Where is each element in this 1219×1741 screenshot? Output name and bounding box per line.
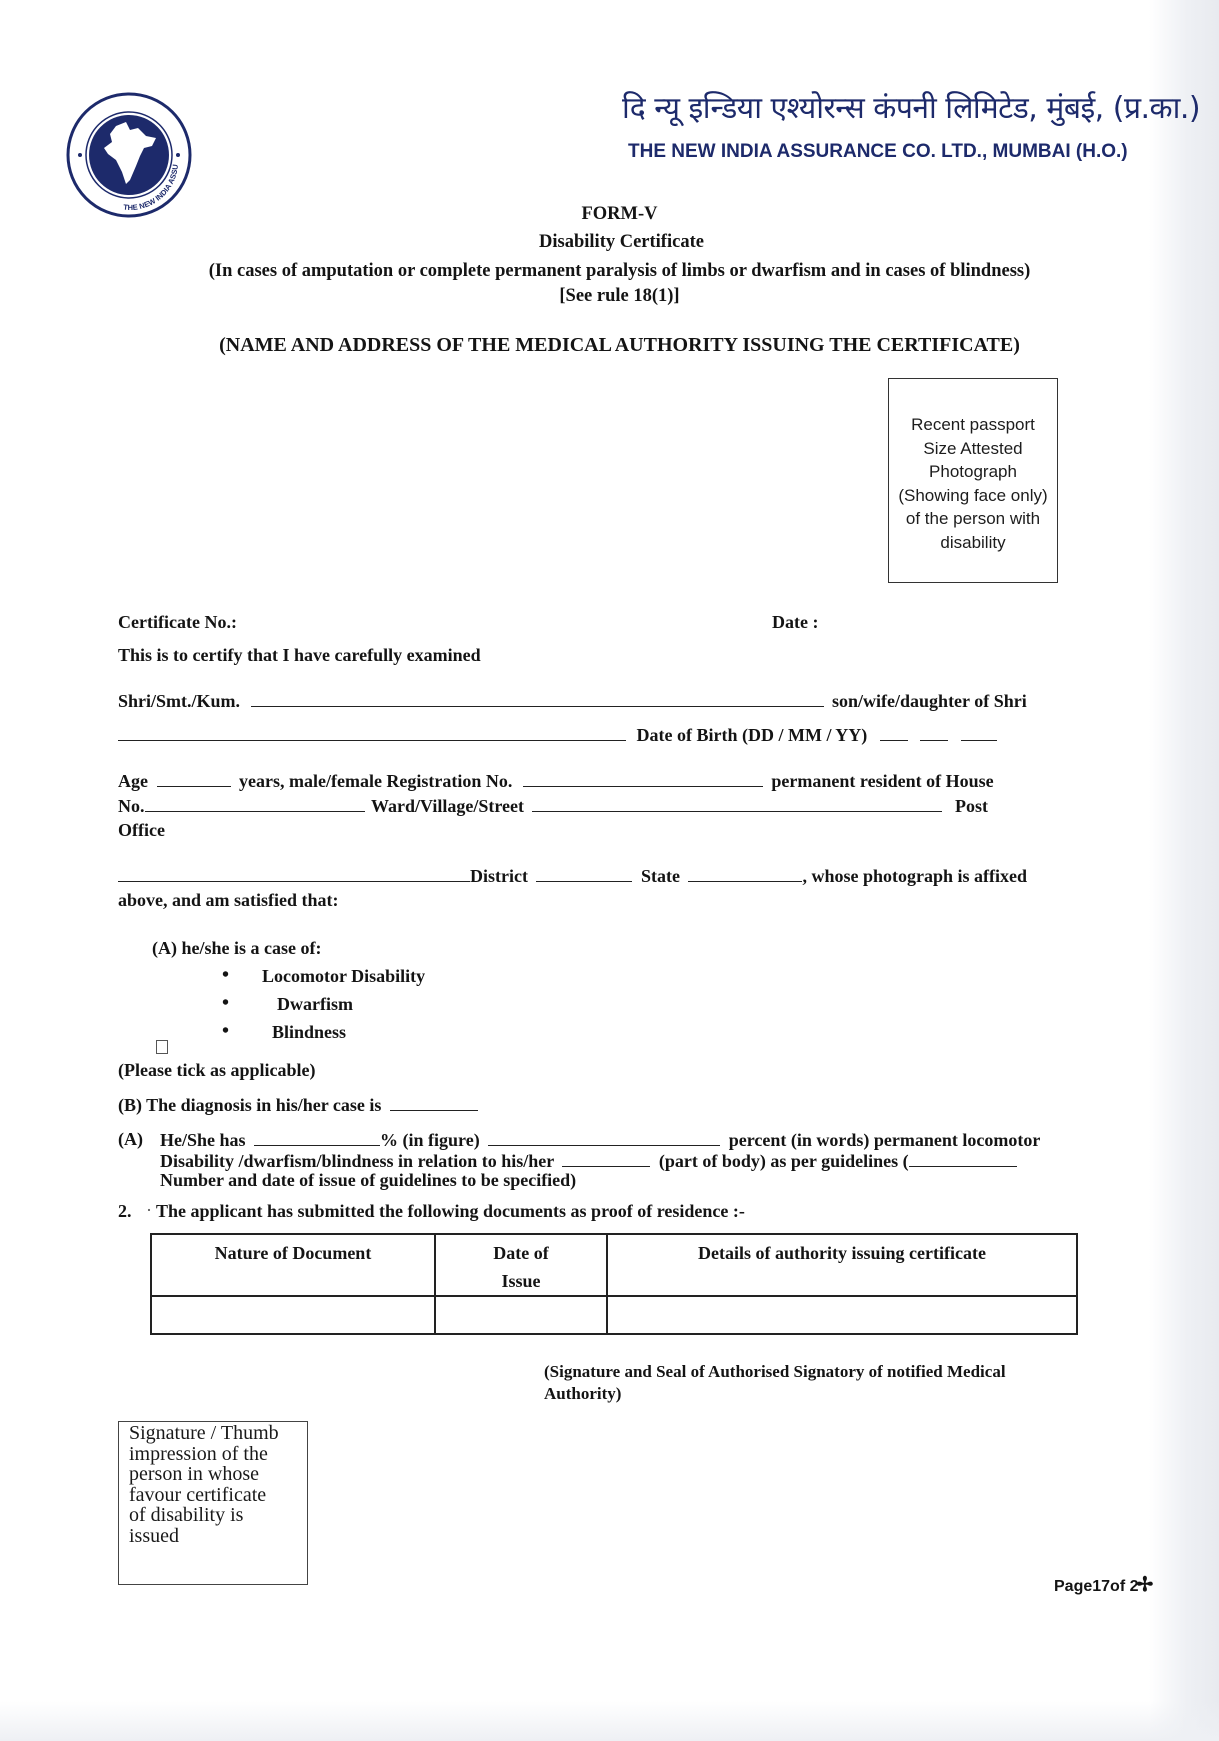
authority-signature-line2: Authority) (544, 1384, 621, 1404)
new-india-assurance-seal-icon: THE NEW INDIA ASSURANCE CO. LTD. (66, 92, 192, 218)
he-she-has-label: He/She has (160, 1130, 246, 1150)
body-part-field[interactable] (562, 1150, 650, 1167)
percent-a-prefix: (A) (118, 1129, 143, 1150)
post-label: Post (955, 796, 988, 816)
thumb-box-line: Signature / Thumb (129, 1423, 307, 1444)
bullet-icon: • (222, 964, 229, 987)
scan-bottom-shading (0, 1701, 1219, 1741)
percent-figure-label: % (in figure) (380, 1130, 480, 1150)
age-field[interactable] (157, 770, 231, 787)
dob-year-field[interactable] (961, 724, 997, 741)
page-number: Page17of 2✢ (1054, 1572, 1153, 1597)
thumb-box-line: impression of the (129, 1444, 307, 1465)
age-label: Age (118, 771, 148, 791)
authority-signature-line1: (Signature and Seal of Authorised Signat… (544, 1362, 1006, 1382)
company-name-hindi: दि न्यू इन्डिया एश्योरन्स कंपनी लिमिटेड,… (622, 86, 1200, 127)
photo-placeholder-box[interactable]: Recent passport Size Attested Photograph… (888, 378, 1058, 583)
resident-label: permanent resident of House (771, 771, 993, 791)
percent-figure-field[interactable] (254, 1129, 380, 1146)
registration-no-field[interactable] (523, 770, 763, 787)
state-label: State (641, 866, 680, 886)
name-prefix-label: Shri/Smt./Kum. (118, 691, 240, 711)
tick-note: (Please tick as applicable) (118, 1060, 315, 1081)
photo-box-line: Size Attested (889, 437, 1057, 461)
district-label: District (470, 866, 528, 886)
column-header-date-of-issue: Date of Issue (435, 1234, 607, 1296)
house-no-field[interactable] (145, 795, 365, 812)
handwritten-mark-icon: ✢ (1136, 1574, 1153, 1596)
option-locomotor-disability[interactable]: Locomotor Disability (262, 966, 425, 987)
guidelines-field[interactable] (909, 1150, 1017, 1167)
name-field[interactable] (251, 690, 824, 707)
relation-label: son/wife/daughter of Shri (832, 691, 1027, 711)
relation-part-label: Disability /dwarfism/blindness in relati… (160, 1151, 554, 1171)
thumb-impression-box[interactable]: Signature / Thumb impression of the pers… (118, 1421, 308, 1585)
photo-box-line: disability (889, 531, 1057, 555)
date-label: Date : (772, 612, 818, 632)
option-blindness[interactable]: Blindness (272, 1022, 346, 1043)
column-header-line: Date of (436, 1239, 606, 1267)
residence-text: The applicant has submitted the followin… (156, 1201, 745, 1222)
thumb-box-line: of disability is (129, 1505, 307, 1526)
company-name-english: THE NEW INDIA ASSURANCE CO. LTD., MUMBAI… (628, 141, 1128, 163)
form-number: FORM-V (10, 204, 1219, 225)
dob-label: Date of Birth (DD / MM / YY) (637, 725, 868, 745)
form-subtitle: (In cases of amputation or complete perm… (10, 261, 1219, 282)
residence-number: 2. (118, 1201, 132, 1222)
dob-day-field[interactable] (880, 724, 908, 741)
medical-authority-heading: (NAME AND ADDRESS OF THE MEDICAL AUTHORI… (10, 334, 1219, 357)
cell-date-of-issue[interactable] (435, 1296, 607, 1334)
parent-name-field[interactable] (118, 724, 626, 741)
guidelines-note: Number and date of issue of guidelines t… (160, 1170, 576, 1191)
state-field[interactable] (688, 865, 802, 882)
residence-documents-table: Nature of Document Date of Issue Details… (150, 1233, 1078, 1335)
house-no-label: No. (118, 796, 145, 816)
column-header-authority: Details of authority issuing certificate (607, 1234, 1077, 1296)
certify-text: This is to certify that I have carefully… (118, 645, 481, 666)
bullet-icon: • (222, 992, 229, 1015)
photo-affixed-text: , whose photograph is affixed (802, 866, 1027, 886)
option-dwarfism[interactable]: Dwarfism (277, 994, 353, 1015)
photo-box-line: of the person with (889, 507, 1057, 531)
photo-box-line: Photograph (889, 460, 1057, 484)
tick-checkbox[interactable] (156, 1040, 168, 1054)
office-label: Office (118, 820, 165, 841)
cell-authority-details[interactable] (607, 1296, 1077, 1334)
column-header-line: Issue (436, 1267, 606, 1295)
photo-box-line: Recent passport (889, 413, 1057, 437)
photo-box-line: (Showing face only) (889, 484, 1057, 508)
form-title: Disability Certificate (12, 232, 1219, 253)
column-header-nature: Nature of Document (151, 1234, 435, 1296)
district-field[interactable] (536, 865, 632, 882)
table-header-row: Nature of Document Date of Issue Details… (151, 1234, 1077, 1296)
dot-mark: · (146, 1200, 152, 1221)
bullet-icon: • (222, 1020, 229, 1043)
certificate-no-label: Certificate No.: (118, 612, 237, 632)
table-row (151, 1296, 1077, 1334)
post-office-field[interactable] (118, 865, 470, 882)
thumb-box-line: issued (129, 1526, 307, 1547)
cell-nature-of-document[interactable] (151, 1296, 435, 1334)
years-registration-label: years, male/female Registration No. (239, 771, 512, 791)
dob-month-field[interactable] (920, 724, 948, 741)
case-a-label: (A) he/she is a case of: (152, 938, 321, 959)
form-rule: [See rule 18(1)] (10, 286, 1219, 307)
percent-words-field[interactable] (488, 1129, 720, 1146)
diagnosis-field[interactable] (390, 1094, 478, 1111)
thumb-box-line: favour certificate (129, 1485, 307, 1506)
percent-words-label: percent (in words) permanent locomotor (729, 1130, 1041, 1150)
thumb-box-line: person in whose (129, 1464, 307, 1485)
guidelines-label: (part of body) as per guidelines ( (659, 1151, 909, 1171)
diagnosis-label: (B) The diagnosis in his/her case is (118, 1095, 381, 1115)
satisfied-text: above, and am satisfied that: (118, 890, 339, 911)
ward-label: Ward/Village/Street (371, 796, 524, 816)
page-number-text: Page17of 2 (1054, 1578, 1138, 1595)
ward-village-street-field[interactable] (532, 795, 942, 812)
